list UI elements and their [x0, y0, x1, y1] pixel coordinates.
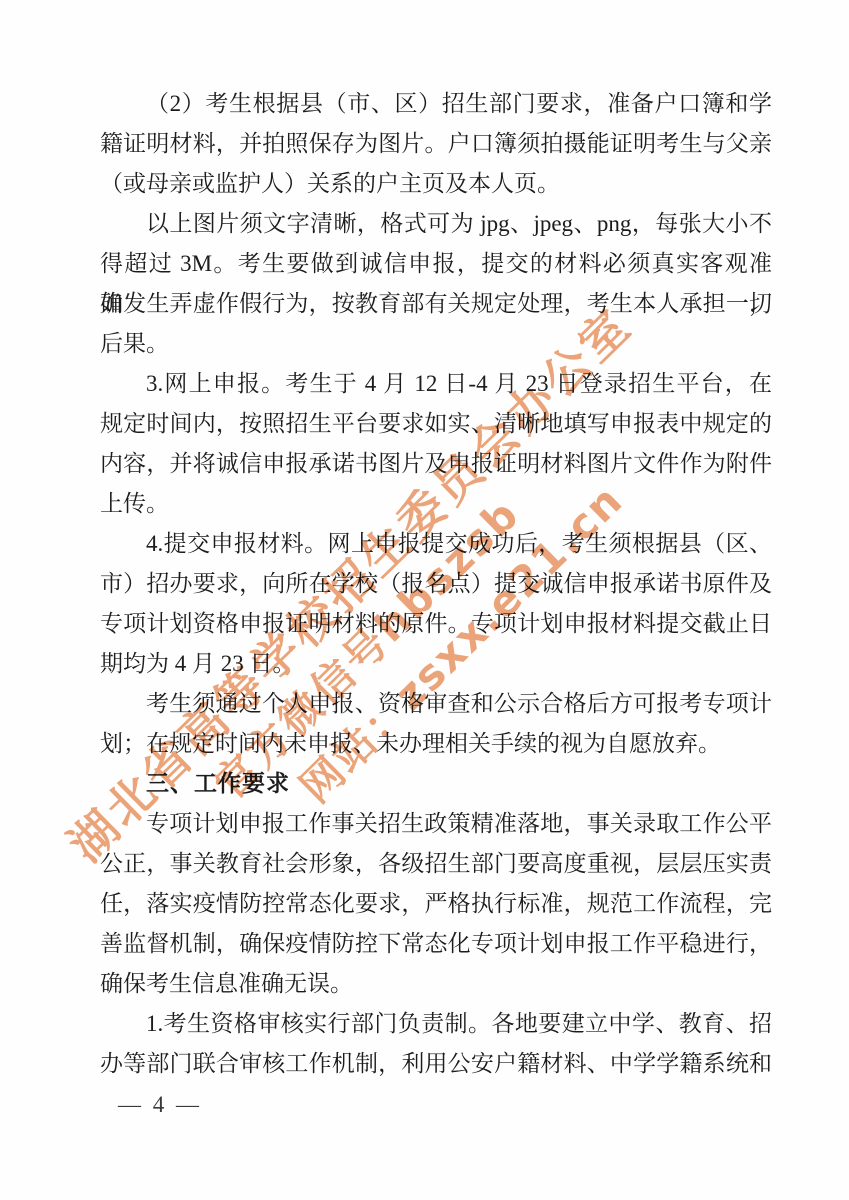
- document-page: （2）考生根据县（市、区）招生部门要求，准备户口簿和学籍证明材料，并拍照保存为图…: [0, 0, 849, 1200]
- text-line: 后果。: [100, 324, 772, 364]
- text-line: 3.网上申报。考生于 4 月 12 日-4 月 23 日登录招生平台，在: [100, 364, 772, 404]
- text-line: 期均为 4 月 23 日。: [100, 644, 772, 684]
- text-line: 善监督机制，确保疫情防控下常态化专项计划申报工作平稳进行，: [100, 924, 772, 964]
- text-line: 籍证明材料，并拍照保存为图片。户口簿须拍摄能证明考生与父亲: [100, 124, 772, 164]
- text-line: 以上图片须文字清晰，格式可为 jpg、jpeg、png，每张大小不: [100, 204, 772, 244]
- text-line: 专项计划申报工作事关招生政策精准落地，事关录取工作公平: [100, 804, 772, 844]
- text-line: （2）考生根据县（市、区）招生部门要求，准备户口簿和学: [100, 84, 772, 124]
- text-line: 得超过 3M。考生要做到诚信申报，提交的材料必须真实客观准确，: [100, 244, 772, 284]
- text-line: 4.提交申报材料。网上申报提交成功后，考生须根据县（区、: [100, 524, 772, 564]
- text-line: 任，落实疫情防控常态化要求，严格执行标准，规范工作流程，完: [100, 884, 772, 924]
- text-line: 公正，事关教育社会形象，各级招生部门要高度重视，层层压实责: [100, 844, 772, 884]
- page-number: — 4 —: [118, 1092, 202, 1118]
- text-line: （或母亲或监护人）关系的户主页及本人页。: [100, 164, 772, 204]
- text-line: 1.考生资格审核实行部门负责制。各地要建立中学、教育、招: [100, 1004, 772, 1044]
- document-body: （2）考生根据县（市、区）招生部门要求，准备户口簿和学籍证明材料，并拍照保存为图…: [100, 84, 772, 1084]
- text-line: 如发生弄虚作假行为，按教育部有关规定处理，考生本人承担一切: [100, 284, 772, 324]
- text-line: 规定时间内，按照招生平台要求如实、清晰地填写申报表中规定的: [100, 404, 772, 444]
- text-line: 考生须通过个人申报、资格审查和公示合格后方可报考专项计: [100, 684, 772, 724]
- text-line: 确保考生信息准确无误。: [100, 964, 772, 1004]
- text-line: 三、工作要求: [100, 764, 772, 804]
- text-line: 内容，并将诚信申报承诺书图片及申报证明材料图片文件作为附件: [100, 444, 772, 484]
- text-line: 划；在规定时间内未申报、未办理相关手续的视为自愿放弃。: [100, 724, 772, 764]
- text-line: 市）招办要求，向所在学校（报名点）提交诚信申报承诺书原件及: [100, 564, 772, 604]
- text-line: 上传。: [100, 484, 772, 524]
- text-line: 专项计划资格申报证明材料的原件。专项计划申报材料提交截止日: [100, 604, 772, 644]
- text-line: 办等部门联合审核工作机制，利用公安户籍材料、中学学籍系统和: [100, 1044, 772, 1084]
